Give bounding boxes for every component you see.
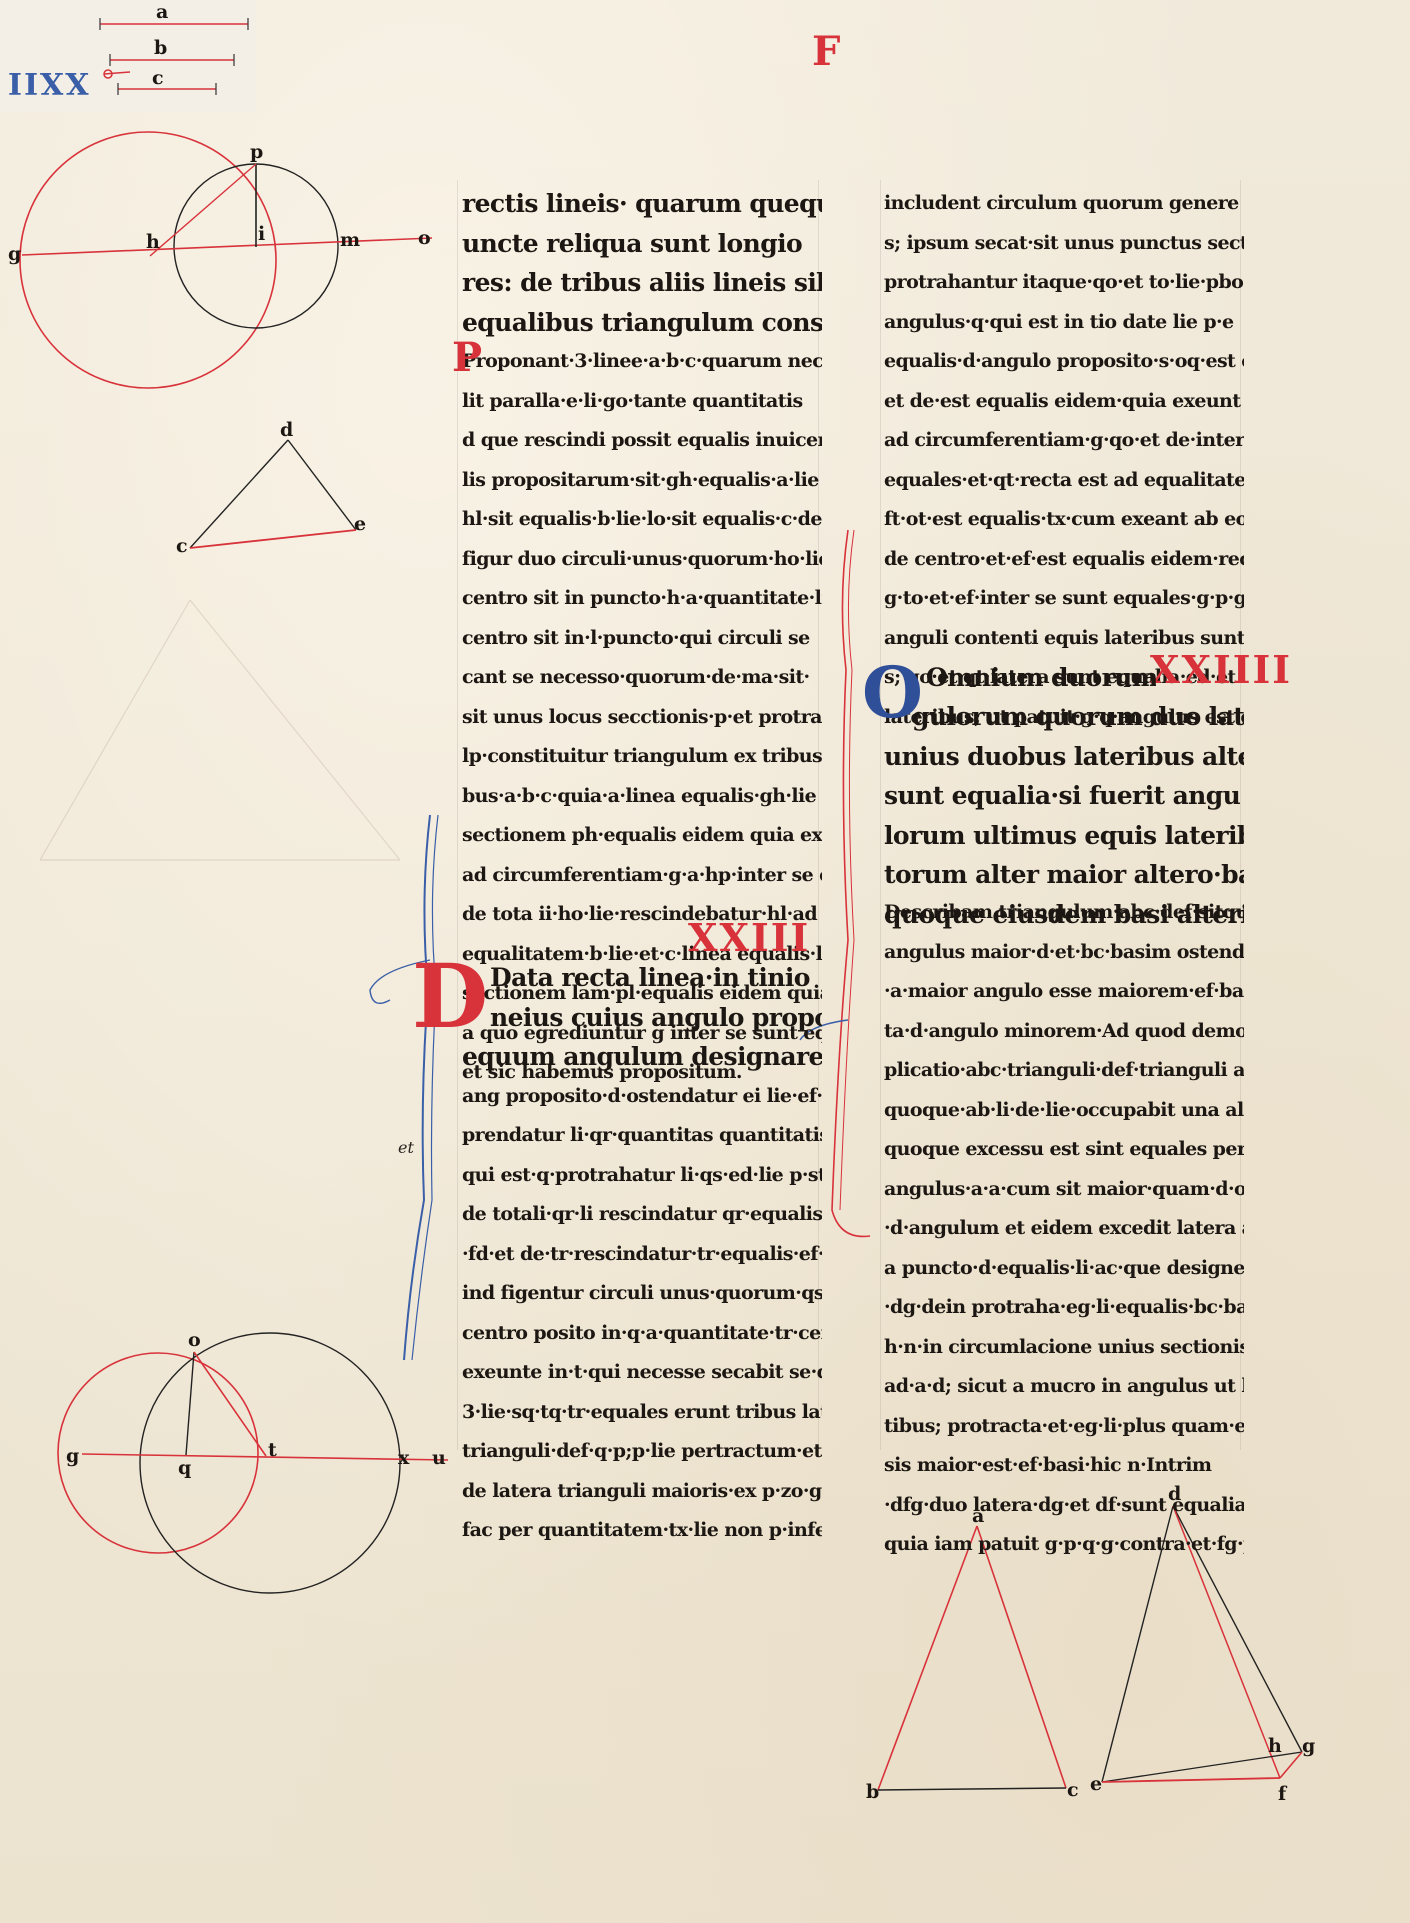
svg-text:g: g [66, 1445, 79, 1467]
text-line: ind figentur circuli unus·quorum·qs·li [462, 1274, 822, 1314]
svg-text:i: i [258, 223, 265, 245]
text-line: res: de tribus aliis lineis sibi [462, 263, 822, 303]
text-line: lp·constituitur triangulum ex tribus lin… [462, 737, 822, 777]
diagram-circles-bottom: o g q t x u [58, 1329, 448, 1593]
text-line: quoque·ab·li·de·lie·occupabit una alteri… [884, 1091, 1244, 1131]
svg-text:d: d [280, 419, 293, 441]
svg-text:o: o [418, 227, 431, 249]
text-line: lis propositarum·sit·gh·equalis·a·lie p·… [462, 461, 822, 501]
svg-text:b: b [154, 37, 167, 59]
text-line: equalis·d·angulo proposito·s·oq·est equa… [884, 342, 1244, 382]
text-line: ·fd·et de·tr·rescindatur·tr·equalis·ef·d [462, 1235, 822, 1275]
text-line: lorum ultimus equis lateribus conten [884, 816, 1244, 856]
text-line: Proponant·3·linee·a·b·c·quarum necciam [462, 342, 822, 382]
text-line: sectionem ph·equalis eidem quia exeunt a… [462, 816, 822, 856]
svg-text:m: m [340, 229, 360, 251]
text-line: hl·sit equalis·b·lie·lo·sit equalis·c·de… [462, 500, 822, 540]
text-line: Omnium duorum triangu [926, 658, 1156, 698]
svg-text:b: b [866, 1781, 879, 1803]
svg-text:e: e [1090, 1773, 1102, 1795]
text-line: neius cuius angulo proposito [490, 998, 822, 1038]
text-line: centro posito in·q·a·quantitate·tr·centr… [462, 1314, 822, 1354]
text-line: ·d·angulum et eidem excedit latera ab·pr… [884, 1209, 1244, 1249]
text-line: h·n·in circumlacione unius sectionis uni… [884, 1328, 1244, 1368]
text-line: Data recta linea·in tinio [490, 958, 822, 998]
text-line: plicatio·abc·trianguli·def·trianguli app… [884, 1051, 1244, 1091]
manuscript-page: F XXII a b c p [0, 0, 1410, 1923]
text-line: centro sit in puncto·h·a·quantitate·lm·l… [462, 579, 822, 619]
proposition-xxiv-proof: Describam triangulum·abc·def·sitque·a· a… [884, 893, 1244, 1565]
initial-p: P [452, 334, 482, 381]
text-line: angulus maior·d·et·bc·basim ostendam [884, 933, 1244, 973]
svg-text:g: g [8, 243, 21, 265]
svg-text:c: c [1067, 1779, 1079, 1801]
text-line: et de·est equalis eidem·quia exeunt ab e… [884, 382, 1244, 422]
proposition-numeral-xxiii: XXIII [688, 918, 810, 958]
segment-label-a: a [156, 1, 168, 23]
text-line: qui est·q·protrahatur li·qs·ed·lie p·sta [462, 1156, 822, 1196]
text-line: ang proposito·d·ostendatur ei lie·ef·dei… [462, 1077, 822, 1117]
text-line: sit unus locus secctionis·p·et protrahan… [462, 698, 822, 738]
proposition-xxiii-enunciation: Data recta linea·in tinio neius cuius an… [490, 958, 822, 1037]
svg-text:o: o [188, 1329, 201, 1351]
text-line: ·a·maior angulo esse maiorem·ef·basi·ost… [884, 972, 1244, 1012]
text-line: 3·lie·sq·tq·tr·equales erunt tribus late… [462, 1393, 822, 1433]
text-line: unius duobus lateribus alterius [884, 737, 1244, 777]
svg-text:f: f [1278, 1783, 1288, 1805]
text-line: quia iam patuit g·p·q·g·contra·et·fg·pa [884, 1525, 1244, 1565]
text-line: exeunte in·t·qui necesse secabit se·q·i [462, 1353, 822, 1393]
text-line: de totali·qr·li rescindatur qr·equalis [462, 1195, 822, 1235]
text-line: ft·ot·est equalis·tx·cum exeant ab eo [884, 500, 1244, 540]
text-line: ta·d·angulo minorem·Ad quod demonstrandu… [884, 1012, 1244, 1052]
svg-text:g: g [1302, 1735, 1315, 1757]
svg-text:h: h [1268, 1735, 1282, 1757]
text-line: quoque excessu est sint equales per ypot… [884, 1130, 1244, 1170]
text-line: angulus·a·a·cum sit maior·quam·d·occupab… [884, 1170, 1244, 1210]
text-line: gulorum quorum duo latera [884, 697, 1244, 737]
text-line: equum angulum designare. [462, 1037, 822, 1077]
text-line: bus·a·b·c·quia·a·linea equalis·gh·lie re… [462, 777, 822, 817]
svg-text:c: c [152, 67, 164, 89]
proposition-numeral-xxiv: XXIIII [1150, 650, 1292, 690]
text-line: s; ipsum secat·sit unus punctus sectioni… [884, 224, 1244, 264]
text-line: ad·a·d; sicut a mucro in angulus ut la [884, 1367, 1244, 1407]
text-line: includent circulum quorum genere exterm·… [884, 184, 1244, 224]
text-line: d que rescindi possit equalis inuicem: d… [462, 421, 822, 461]
svg-text:h: h [146, 231, 160, 253]
text-line: prendatur li·qr·quantitas quantitatis ac… [462, 1116, 822, 1156]
margin-gloss: et [398, 1138, 414, 1157]
text-line: ·dg·dein protraha·eg·li·equalis·bc·basi· [884, 1288, 1244, 1328]
text-line: equalibus triangulum constituere. [462, 303, 822, 343]
text-line: sunt equalia·si fuerit angu [884, 776, 1244, 816]
svg-text:t: t [268, 1439, 277, 1461]
svg-text:p: p [250, 141, 263, 163]
text-line: lit paralla·e·li·go·tante quantitatis [462, 382, 822, 422]
diagram-circles-top: p h i g m o [8, 132, 432, 388]
text-line: cant se necesso·quorum·de·ma·sit· [462, 658, 822, 698]
segments-abc: a b c [100, 1, 248, 95]
text-line: rectis lineis· quarum queque due sil [462, 184, 822, 224]
text-line: de centro·et·ef·est equalis eidem·recta … [884, 540, 1244, 580]
text-line: ·dfg·duo latera·dg·et df·sunt equalia [884, 1486, 1244, 1526]
diagram-triangle-small: d c e [176, 419, 366, 557]
text-line: uncte reliqua sunt longio [462, 224, 822, 264]
text-line: a puncto·d·equalis·li·ac·que designet p [884, 1249, 1244, 1289]
text-line: centro sit in·l·puncto·qui circuli se [462, 619, 822, 659]
illuminated-initial-d: D [412, 952, 488, 1040]
text-line: fac per quantitatem·tx·lie non p·inferiu… [462, 1511, 822, 1551]
svg-text:x: x [398, 1447, 410, 1469]
svg-text:q: q [178, 1457, 191, 1479]
text-line: protrahantur itaque·qo·et to·lie·pbo·q [884, 263, 1244, 303]
text-line: angulus·q·qui est in tio date lie p·e [884, 303, 1244, 343]
proposition-xxiv-enunciation-first: Omnium duorum triangu [926, 658, 1156, 698]
text-line: equales·et·qt·recta est ad equalitatem·d… [884, 461, 1244, 501]
penwork-flourish-blue [370, 815, 438, 1360]
svg-text:u: u [432, 1447, 446, 1469]
svg-text:e: e [354, 513, 366, 535]
text-line: ad circumferentiam·g·qo·et de·inter se s… [884, 421, 1244, 461]
text-line: tibus; protracta·et·eg·li·plus quam·eg·b… [884, 1407, 1244, 1447]
text-line: figur duo circuli·unus·quorum·ho·lie [462, 540, 822, 580]
text-line: torum alter maior altero·basim [884, 855, 1244, 895]
text-line: ad circumferentiam·g·a·hp·inter se equal… [462, 856, 822, 896]
text-line: Describam triangulum·abc·def·sitque·a· [884, 893, 1244, 933]
ghost-triangle-showthrough [40, 600, 400, 860]
text-line: de latera trianguli maioris·ex p·zo·g ci… [462, 1472, 822, 1512]
text-line: trianguli·def·q·p;p·lie pertractum·et [462, 1432, 822, 1472]
text-line: g·to·et·ef·inter se sunt equales·g·p·g· [884, 579, 1244, 619]
proposition-xxiii-proof: equum angulum designare. ang proposito·d… [462, 1037, 822, 1551]
svg-text:c: c [176, 535, 188, 557]
text-line: sis maior·est·ef·basi·hic n·Intrim [884, 1446, 1244, 1486]
